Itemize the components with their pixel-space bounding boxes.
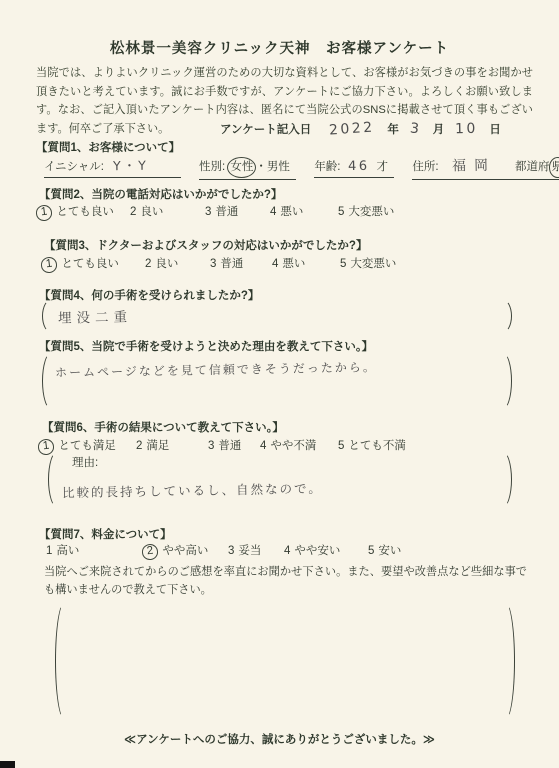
q5-answer-box: ホームページなどを見て信頼できそうだったから。 [42, 352, 512, 410]
q2-option-3-label: 普通 [215, 206, 238, 218]
q2-option-1-label: とても良い [56, 206, 114, 218]
q3-option-1-circle: 1 [40, 256, 58, 274]
q2-option-2-label: 良い [140, 206, 163, 218]
q7-option-1: 1高い [46, 542, 79, 558]
q2-option-4: 4悪い [270, 203, 303, 219]
q4-answer-box: 埋没二重 [42, 299, 512, 333]
q2-option-2: 2良い [130, 203, 163, 219]
survey-date-line: アンケート記入日 2022 年 3 月 10 日 [220, 121, 501, 137]
q1-age-handwritten: 46 [348, 159, 370, 174]
scan-corner-artifact [0, 761, 15, 768]
date-year-handwritten: 2022 [328, 119, 375, 138]
q6-bracket-right [493, 451, 512, 508]
q3-option-4-label: 悪い [282, 258, 305, 270]
q7-options: 1高い 2やや高い 3妥当 4やや安い 5安い [0, 542, 540, 558]
page-title: 松林景一美容クリニック天神 お客様アンケート [0, 37, 559, 58]
free-comment-box [55, 602, 515, 720]
q7-option-5-label: 安い [378, 545, 401, 557]
q1-gender-separator: ・ [255, 161, 267, 173]
free-comment-bracket-left [55, 602, 74, 720]
q3-option-3-label: 普通 [220, 258, 243, 270]
q3-option-2-label: 良い [155, 258, 178, 270]
q2-option-1-circle: 1 [35, 204, 53, 222]
q6-reason-handwritten: 比較的長持ちしているし、自然なので。 [62, 479, 323, 502]
closing-message: ≪アンケートへのご協力、誠にありがとうございました。≫ [0, 731, 559, 747]
q2-option-5: 5大変悪い [338, 203, 394, 219]
date-day-unit: 日 [489, 124, 501, 136]
q1-address-suffix: 都道府 [515, 161, 550, 173]
date-label: アンケート記入日 [220, 124, 311, 136]
q2-heading: 【質問2、当院の電話対応はいかがでしたか?】 [39, 186, 282, 202]
q7-option-1-label: 高い [56, 545, 79, 557]
q3-options: 1とても良い 2良い 3普通 4悪い 5大変悪い [0, 255, 540, 271]
q5-bracket-right [493, 352, 512, 410]
free-comment-prompt: 当院へご来院されてからのご感想を率直にお聞かせ下さい。また、要望や改善点など些細… [44, 563, 527, 599]
q6-heading: 【質問6、手術の結果について教えて下さい。】 [42, 419, 284, 435]
q1-age-unit: 才 [376, 161, 388, 173]
q5-bracket-left [42, 352, 61, 410]
q3-option-5: 5大変悪い [340, 255, 396, 271]
q2-option-3: 3普通 [205, 203, 238, 219]
q7-option-4-label: やや安い [294, 545, 340, 557]
q5-answer-handwritten: ホームページなどを見て信頼できそうだったから。 [55, 358, 377, 381]
q2-option-1: 1とても良い [42, 203, 114, 221]
q1-gender-male: 男性 [267, 161, 290, 173]
q3-option-4: 4悪い [272, 255, 305, 271]
q1-gender-label: 性別: [199, 161, 225, 173]
q1-age-label: 年齢: [314, 161, 340, 173]
q1-address-handwritten: 福岡 [452, 155, 496, 176]
q7-option-2: 2やや高い [148, 542, 208, 560]
q1-age-field: 年齢: 46 才 [314, 158, 394, 178]
q3-option-2: 2良い [145, 255, 178, 271]
q7-option-3-label: 妥当 [238, 545, 261, 557]
q7-option-2-circle: 2 [141, 543, 159, 561]
q6-reason-label: 理由: [72, 454, 98, 470]
q7-option-3: 3妥当 [228, 542, 261, 558]
date-day-handwritten: 10 [455, 121, 478, 137]
q3-option-1-label: とても良い [61, 258, 119, 270]
q1-gender-selected-circle: 女性 [227, 157, 256, 178]
q3-option-1: 1とても良い [47, 255, 119, 273]
q6-reason-box: 理由: 比較的長持ちしているし、自然なので。 [48, 451, 512, 508]
q4-answer-handwritten: 埋没二重 [58, 305, 132, 326]
q3-option-5-label: 大変悪い [350, 258, 396, 270]
q1-fields-row: イニシャル: Y・Y 性別: 女性・男性 年齢: 46 才 住所: 福岡 都道府… [44, 155, 559, 180]
q3-option-3: 3普通 [210, 255, 243, 271]
free-comment-bracket-right [496, 602, 515, 720]
q1-address-field: 住所: 福岡 都道府県 [412, 155, 559, 180]
q4-bracket-right [493, 299, 512, 333]
q7-option-5: 5安い [368, 542, 401, 558]
q1-initial-field: イニシャル: Y・Y [44, 156, 181, 178]
q1-address-label: 住所: [412, 161, 438, 173]
q3-heading: 【質問3、ドクターおよびスタッフの対応はいかがでしたか?】 [44, 237, 367, 253]
q1-gender-field: 性別: 女性・男性 [199, 158, 296, 180]
q2-options: 1とても良い 2良い 3普通 4悪い 5大変悪い [0, 203, 540, 219]
q7-option-2-label: やや高い [162, 545, 208, 557]
q7-option-4: 4やや安い [284, 542, 340, 558]
q1-address-prefecture-circle: 県 [549, 157, 559, 178]
scanned-survey-page: 松林景一美容クリニック天神 お客様アンケート 当院では、よりよいクリニック運営の… [0, 0, 559, 768]
date-month-handwritten: 3 [409, 120, 422, 137]
q1-heading: 【質問1、お客様について】 [36, 139, 180, 155]
q1-initial-handwritten: Y・Y [113, 156, 149, 175]
q2-option-4-label: 悪い [280, 206, 303, 218]
q7-heading: 【質問7、料金について】 [39, 526, 172, 542]
q1-initial-label: イニシャル: [44, 161, 104, 173]
date-month-unit: 月 [433, 124, 445, 136]
date-year-unit: 年 [387, 124, 399, 136]
q2-option-5-label: 大変悪い [348, 206, 394, 218]
